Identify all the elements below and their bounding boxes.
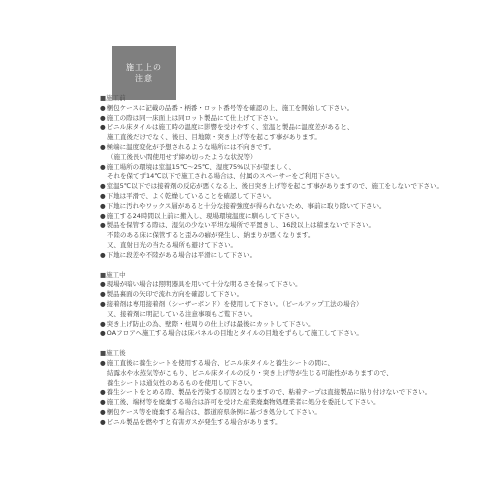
note-line: ●施工の際は同一床面上は同ロット製品にて仕上げて下さい。 <box>100 114 460 124</box>
note-text: 不陸のある床に保管すると歪みの癖が発生し、納まりが悪くなります。 <box>107 231 314 239</box>
bullet-icon: ● <box>100 163 106 171</box>
bullet-icon: ● <box>100 251 106 259</box>
note-line: ●施工する24時間以上前に搬入し、現場環境温度に馴らして下さい。 <box>100 212 460 222</box>
note-line: ●現場が暗い場合は照明器具を用いて十分な明るさを保って下さい。 <box>100 280 460 290</box>
note-text: 施工後、端材等を廃棄する場合は許可を受けた産業廃棄物処理業者に処分を委託して下さ… <box>107 398 380 406</box>
note-line: ●下地に汚れやワックス層があると十分な接着強度が得られないため、事前に取り除いて… <box>100 202 460 212</box>
note-line: ●極端に温度変化が予想されるような場所には不向きです。 <box>100 143 460 153</box>
note-text: 製品裏面の矢印で流れ方向を確認して下さい。 <box>107 290 244 298</box>
bullet-icon: ● <box>100 123 106 131</box>
note-text: それを保てず14℃以下で施工される場合は、付属のスペーサーをご利用下さい。 <box>107 172 344 180</box>
note-line: ●室温5℃以下では接着剤の反応が悪くなる上、後日突き上げ等を起こす事がありますの… <box>100 182 460 192</box>
note-line: ●養生シートをとめる際、製品を汚染する原因となりますので、粘着テープは直接製品に… <box>100 388 460 398</box>
note-text: 室温5℃以下では接着剤の反応が悪くなる上、後日突き上げ等を起こす事がありますので… <box>107 182 443 190</box>
note-line: ●施工直後に養生シートを使用する場合、ビニル床タイルと養生シートの間に、 <box>100 359 460 369</box>
bullet-icon: ● <box>100 143 106 151</box>
bullet-icon: ● <box>100 388 106 396</box>
bullet-icon: ● <box>100 114 106 122</box>
note-line: ●接着剤は専用接着剤（シーザーボンド）を使用して下さい。（ピールアップ工法の場合… <box>100 300 460 310</box>
note-text: ビニル製品を燃やすと有害ガスが発生する場合があります。 <box>107 418 282 426</box>
note-text: 極端に温度変化が予想されるような場所には不向きです。 <box>107 143 275 151</box>
note-line: 又、直射日光の当たる場所も避けて下さい。 <box>100 241 460 251</box>
note-text: ビニル床タイルは施工時の温度に影響を受けやすく、室温と製品に温度差があると、 <box>107 123 354 131</box>
note-text: 現場が暗い場合は照明器具を用いて十分な明るさを保って下さい。 <box>107 280 302 288</box>
note-line: ●ビニル製品を燃やすと有害ガスが発生する場合があります。 <box>100 418 460 428</box>
section-heading: ■施工中 <box>100 271 460 281</box>
bullet-icon: ● <box>100 221 106 229</box>
bullet-icon: ● <box>100 320 106 328</box>
bullet-icon: ● <box>100 329 106 337</box>
note-line: （施工後長い間使用せず締め切ったような状況等） <box>100 153 460 163</box>
note-line: 養生シートは通気性のあるものを使用して下さい。 <box>100 379 460 389</box>
note-text: 梱包ケース等を廃棄する場合は、都道府県条例に基づき処分して下さい。 <box>107 408 321 416</box>
note-text: 又、接着剤に明記している注意事項もご覧下さい。 <box>107 310 257 318</box>
note-text: 梱包ケースに記載の品番・柄番・ロット番号等を確認の上、施工を開始して下さい。 <box>107 104 354 112</box>
bullet-icon: ● <box>100 359 106 367</box>
note-text: 施工の際は同一床面上は同ロット製品にて仕上げて下さい。 <box>107 114 282 122</box>
section-0: ■施工前●梱包ケースに記載の品番・柄番・ロット番号等を確認の上、施工を開始して下… <box>100 94 460 261</box>
badge-title-line2: 注意 <box>135 73 153 84</box>
bullet-icon: ● <box>100 290 106 298</box>
bullet-icon: ● <box>100 202 106 210</box>
note-text: 養生シートをとめる際、製品を汚染する原因となりますので、粘着テープは直接製品に貼… <box>107 388 432 396</box>
note-text: 製品を保管する際は、湿気の少ない平坦な場所で平置きし、16段以上は積まないで下さ… <box>107 221 375 229</box>
note-text: （施工後長い間使用せず締め切ったような状況等） <box>107 153 257 161</box>
section-1: ■施工中●現場が暗い場合は照明器具を用いて十分な明るさを保って下さい。●製品裏面… <box>100 271 460 340</box>
note-line: 結露水や水蒸気等がこもり、ビニル床タイルの反り・突き上げ等が生じる可能性がありま… <box>100 369 460 379</box>
bullet-icon: ● <box>100 418 106 426</box>
note-line: 又、接着剤に明記している注意事項もご覧下さい。 <box>100 310 460 320</box>
note-line: ●ビニル床タイルは施工時の温度に影響を受けやすく、室温と製品に温度差があると、 <box>100 123 460 133</box>
construction-notes-badge: 施工上の 注意 <box>112 46 176 100</box>
bullet-icon: ● <box>100 192 106 200</box>
note-line: ●製品を保管する際は、湿気の少ない平坦な場所で平置きし、16段以上は積まないで下… <box>100 221 460 231</box>
section-2: ■施工後●施工直後に養生シートを使用する場合、ビニル床タイルと養生シートの間に、… <box>100 349 460 427</box>
note-text: 施工直後に養生シートを使用する場合、ビニル床タイルと養生シートの間に、 <box>107 359 334 367</box>
bullet-icon: ● <box>100 280 106 288</box>
note-line: それを保てず14℃以下で施工される場合は、付属のスペーサーをご利用下さい。 <box>100 172 460 182</box>
notes-content: ■施工前●梱包ケースに記載の品番・柄番・ロット番号等を確認の上、施工を開始して下… <box>100 94 460 438</box>
note-line: ●製品裏面の矢印で流れ方向を確認して下さい。 <box>100 290 460 300</box>
bullet-icon: ● <box>100 212 106 220</box>
note-text: 結露水や水蒸気等がこもり、ビニル床タイルの反り・突き上げ等が生じる可能性がありま… <box>107 369 393 377</box>
note-line: ●突き上げ防止の為、壁際・柱周りの仕上げは最後にカットして下さい。 <box>100 320 460 330</box>
note-line: ●OAフロアへ施工する場合は床パネルの目地とタイルの目地をずらして施工して下さい… <box>100 329 460 339</box>
note-text: 下地は平滑で、よく乾燥していることを確認して下さい。 <box>107 192 276 200</box>
note-line: ●梱包ケース等を廃棄する場合は、都道府県条例に基づき処分して下さい。 <box>100 408 460 418</box>
section-heading: ■施工後 <box>100 349 460 359</box>
bullet-icon: ● <box>100 300 106 308</box>
note-text: 下地に段差や不陸がある場合は平滑にして下さい。 <box>107 251 257 259</box>
note-text: OAフロアへ施工する場合は床パネルの目地とタイルの目地をずらして施工して下さい。 <box>107 329 363 337</box>
note-text: 施工場所の環境は室温15℃～25℃、湿度75%以下が望ましく、 <box>107 163 295 171</box>
note-line: ●施工後、端材等を廃棄する場合は許可を受けた産業廃棄物処理業者に処分を委託して下… <box>100 398 460 408</box>
note-line: 施工直後だけでなく、後日、目地隙・突き上げ等を起こす事があります。 <box>100 133 460 143</box>
note-text: 下地に汚れやワックス層があると十分な接着強度が得られないため、事前に取り除いて下… <box>107 202 386 210</box>
note-line: 不陸のある床に保管すると歪みの癖が発生し、納まりが悪くなります。 <box>100 231 460 241</box>
bullet-icon: ● <box>100 104 106 112</box>
badge-title-line1: 施工上の <box>126 62 162 73</box>
note-text: 施工直後だけでなく、後日、目地隙・突き上げ等を起こす事があります。 <box>107 133 321 141</box>
note-text: 突き上げ防止の為、壁際・柱周りの仕上げは最後にカットして下さい。 <box>107 320 315 328</box>
section-heading: ■施工前 <box>100 94 460 104</box>
note-text: 施工する24時間以上前に搬入し、現場環境温度に馴らして下さい。 <box>107 212 304 220</box>
note-text: 又、直射日光の当たる場所も避けて下さい。 <box>107 241 237 249</box>
note-line: ●梱包ケースに記載の品番・柄番・ロット番号等を確認の上、施工を開始して下さい。 <box>100 104 460 114</box>
note-line: ●下地は平滑で、よく乾燥していることを確認して下さい。 <box>100 192 460 202</box>
bullet-icon: ● <box>100 182 106 190</box>
note-text: 養生シートは通気性のあるものを使用して下さい。 <box>107 379 257 387</box>
bullet-icon: ● <box>100 408 106 416</box>
note-line: ●施工場所の環境は室温15℃～25℃、湿度75%以下が望ましく、 <box>100 163 460 173</box>
bullet-icon: ● <box>100 398 106 406</box>
note-line: ●下地に段差や不陸がある場合は平滑にして下さい。 <box>100 251 460 261</box>
document-page: 施工上の 注意 ■施工前●梱包ケースに記載の品番・柄番・ロット番号等を確認の上、… <box>0 0 500 500</box>
note-text: 接着剤は専用接着剤（シーザーボンド）を使用して下さい。（ピールアップ工法の場合） <box>107 300 363 308</box>
